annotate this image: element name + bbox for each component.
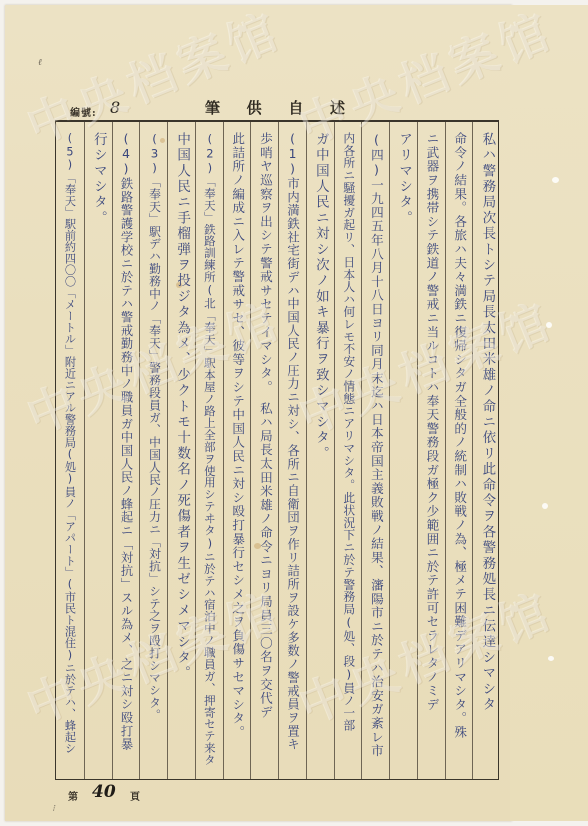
title-char: 述 <box>330 97 345 118</box>
handwritten-line: 命令ノ結果。各旅ハ夫々満鉄ニ復帰シタガ全般的ノ統制ハ敗戦ノ為、極メテ困難デアリマ… <box>453 132 466 739</box>
handwritten-line: (5)「奉天」駅前約四〇〇「メートル」附近ニアル警務局(処)員ノ「アパート」(市… <box>64 132 75 754</box>
handwritten-line: ガ中国人民ニ対シ次ノ如キ暴行ヲ致シマシタ。 <box>313 132 327 462</box>
grid-column: 命令ノ結果。各旅ハ夫々満鉄ニ復帰シタガ全般的ノ統制ハ敗戦ノ為、極メテ困難デアリマ… <box>445 122 473 779</box>
handwritten-line: アリマシタ。 <box>397 132 411 226</box>
page-margin-right <box>510 5 588 821</box>
paper-spot <box>546 322 552 328</box>
title-char: 筆 <box>205 97 220 118</box>
page-number: 40 <box>92 782 116 802</box>
pencil-mark: ℓ <box>38 57 42 68</box>
handwritten-line: 行シマシタ。 <box>91 132 105 226</box>
handwritten-line: 私ハ警務局次長トシテ局長太田米雄ノ命ニ依リ此命令ヲ各警務処長ニ伝達シマシタ <box>480 132 494 713</box>
handwritten-line: (1)市内満鉄社宅街デハ中国人民ノ圧力ニ対シ、各所ニ自衛団ヲ作リ詰所ヲ設ケ多数ノ… <box>286 132 298 751</box>
paper-spot <box>552 177 559 183</box>
grid-column: (4)鉄路警護学校ニ於テハ警戒勤務中ノ職員ガ中国人民ノ蜂起ニ「対抗」スル為メ、之… <box>112 122 140 779</box>
grid-column: 私ハ警務局次長トシテ局長太田米雄ノ命ニ依リ此命令ヲ各警務処長ニ伝達シマシタ <box>472 122 500 779</box>
title-char: 自 <box>288 97 303 118</box>
grid-column: 歩哨ヤ巡察ヲ出シテ警戒サセテイマシタ。 私ハ局長太田米雄ノ命令ニヨリ局員三〇名ヲ… <box>250 122 278 779</box>
handwritten-line: 歩哨ヤ巡察ヲ出シテ警戒サセテイマシタ。 私ハ局長太田米雄ノ命令ニヨリ局員三〇名ヲ… <box>258 132 271 719</box>
handwritten-line: 内各所ニ騒擾ガ起リ、日本人ハ何レモ不安ノ情態ニアリマシタ。此状況下ニ於テ警務局(… <box>342 132 354 732</box>
page-suffix: 頁 <box>130 788 140 803</box>
grid-column: (5)「奉天」駅前約四〇〇「メートル」附近ニアル警務局(処)員ノ「アパート」(市… <box>56 122 84 779</box>
handwritten-line: (2)「奉天」鉄路訓練所(北「奉天」駅本屋ノ路上全部ヲ使用シテヰタ)ニ於テハ宿泊… <box>203 132 215 766</box>
handwritten-line: ニ武器ヲ携帯シテ鉄道ノ警戒ニ当ルコトハ奉天警務段ガ極ク少範囲ニ於テ許可セラレタノ… <box>425 132 438 712</box>
handwritten-line: 此詰所ノ編成ニ入レテ警戒サセ、彼等ヲシテ中国人民ニ対シ殴打暴行セシメ之ヲ負傷サセ… <box>231 132 244 739</box>
handwritten-line: (4)鉄路警護学校ニ於テハ警戒勤務中ノ職員ガ中国人民ノ蜂起ニ「対抗」スル為メ、之… <box>120 132 132 751</box>
page-footer: 第 40 頁 <box>0 784 588 814</box>
serial-label: 編號: <box>70 104 97 119</box>
ruled-writing-grid: (5)「奉天」駅前約四〇〇「メートル」附近ニアル警務局(処)員ノ「アパート」(市… <box>55 120 499 780</box>
grid-column: (四)一九四五年八月十八日ヨリ同月末迄ハ日本帝国主義敗戦ノ結果、瀋陽市ニ於テハ治… <box>361 122 389 779</box>
paper-spot <box>542 503 548 509</box>
grid-column: (1)市内満鉄社宅街デハ中国人民ノ圧力ニ対シ、各所ニ自衛団ヲ作リ詰所ヲ設ケ多数ノ… <box>278 122 306 779</box>
handwritten-line: 中国人民ニ手榴弾ヲ投ジタ為メ、少クトモ十数名ノ死傷者ヲ生ゼシメマシタ。 <box>175 132 189 682</box>
form-title: 筆 供 自 述 <box>205 97 345 118</box>
grid-column: 内各所ニ騒擾ガ起リ、日本人ハ何レモ不安ノ情態ニアリマシタ。此状況下ニ於テ警務局(… <box>334 122 362 779</box>
grid-column: (3)「奉天」駅デハ勤務中ノ「奉天」警務段員ガ、中国人民ノ圧力ニ「対抗」シテ之ヲ… <box>139 122 167 779</box>
grid-column: ニ武器ヲ携帯シテ鉄道ノ警戒ニ当ルコトハ奉天警務段ガ極ク少範囲ニ於テ許可セラレタノ… <box>417 122 445 779</box>
serial-value: 8 <box>110 98 120 117</box>
grid-column: アリマシタ。 <box>389 122 417 779</box>
grid-column: 中国人民ニ手榴弾ヲ投ジタ為メ、少クトモ十数名ノ死傷者ヲ生ゼシメマシタ。 <box>167 122 195 779</box>
grid-column: ガ中国人民ニ対シ次ノ如キ暴行ヲ致シマシタ。 <box>306 122 334 779</box>
grid-column: (2)「奉天」鉄路訓練所(北「奉天」駅本屋ノ路上全部ヲ使用シテヰタ)ニ於テハ宿泊… <box>195 122 223 779</box>
handwritten-line: (3)「奉天」駅デハ勤務中ノ「奉天」警務段員ガ、中国人民ノ圧力ニ「対抗」シテ之ヲ… <box>148 132 160 721</box>
grid-column: 此詰所ノ編成ニ入レテ警戒サセ、彼等ヲシテ中国人民ニ対シ殴打暴行セシメ之ヲ負傷サセ… <box>223 122 251 779</box>
title-char: 供 <box>247 97 262 118</box>
paper-spot <box>548 656 554 661</box>
grid-column: 行シマシタ。 <box>84 122 112 779</box>
handwritten-line: (四)一九四五年八月十八日ヨリ同月末迄ハ日本帝国主義敗戦ノ結果、瀋陽市ニ於テハ治… <box>369 132 382 758</box>
page-prefix: 第 <box>68 788 78 803</box>
